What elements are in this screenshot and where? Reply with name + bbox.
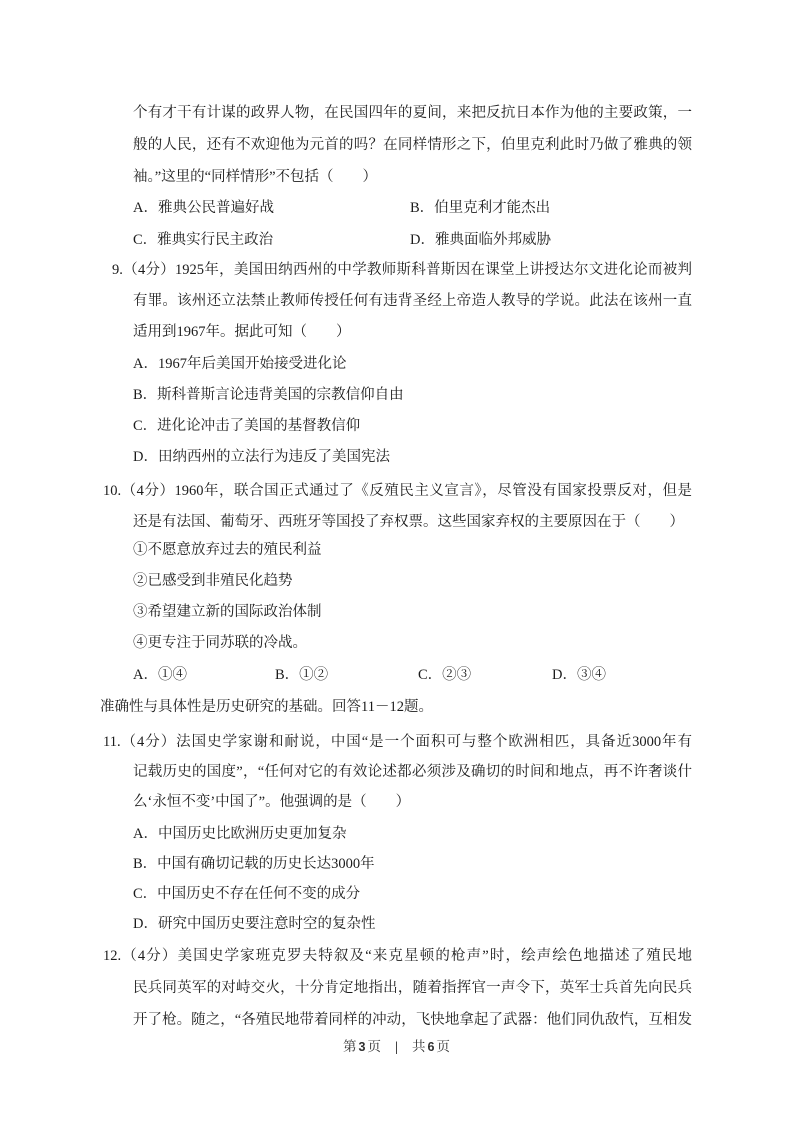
q9-option-c: C．进化论冲击了美国的基督教信仰: [100, 411, 692, 442]
q12-line-1: 12.（4分）美国史学家班克罗夫特叙及“来克星顿的枪声”时，绘声绘色地描述了殖民…: [100, 940, 692, 972]
option-label: A．: [133, 826, 158, 842]
question-text: （4分）美国史学家班克罗夫特叙及“来克星顿的枪声”时，绘声绘色地描述了殖民地: [121, 948, 692, 964]
option-label: B．: [275, 667, 299, 683]
option-label: D．: [133, 449, 158, 465]
option-label: B．: [133, 387, 157, 403]
option-text: 1967年后美国开始接受进化论: [158, 356, 347, 372]
option-label: D．: [552, 667, 577, 683]
option-text: 伯里克利才能杰出: [434, 200, 550, 216]
question-10-items: ①不愿意放弃过去的殖民利益 ②已感受到非殖民化趋势 ③希望建立新的国际政治体制 …: [100, 535, 692, 659]
q9-line-2: 有罪。该州还立法禁止教师传授任何有违背圣经上帝造人教导的学说。此法在该州一直: [100, 286, 692, 317]
exam-page: 个有才干有计谋的政界人物，在民国四年的夏间，来把反抗日本作为他的主要政策，一 般…: [0, 0, 793, 1122]
q9-option-d: D．田纳西州的立法行为违反了美国宪法: [100, 442, 692, 473]
option-text: 雅典面临外邦威胁: [435, 232, 551, 248]
question-number: 9.: [112, 262, 123, 278]
q8-option-a: A．雅典公民普遍好战: [133, 192, 410, 224]
question-number: 12.: [103, 948, 121, 964]
q11-line-1: 11.（4分）法国史学家谢和耐说，中国“是一个面积可与整个欧洲相匹，具备近300…: [100, 727, 692, 757]
q10-line-1: 10.（4分）1960年，联合国正式通过了《反殖民主义宣言》，尽管没有国家投票反…: [100, 476, 692, 507]
option-text: 中国有确切记载的历史长达3000年: [157, 856, 375, 872]
q8-line-1: 个有才干有计谋的政界人物，在民国四年的夏间，来把反抗日本作为他的主要政策，一: [100, 97, 692, 129]
q12-line-2: 民兵同英军的对峙交火，十分肯定地指出，随着指挥官一声令下，英军士兵首先向民兵: [100, 972, 692, 1004]
q9-line-1: 9.（4分）1925年，美国田纳西州的中学教师斯科普斯因在课堂上讲授达尔文进化论…: [100, 255, 692, 286]
option-text: 中国历史比欧洲历史更加复杂: [158, 826, 347, 842]
option-label: A．: [133, 356, 158, 372]
question-text: （4分）1925年，美国田纳西州的中学教师斯科普斯因在课堂上讲授达尔文进化论而被…: [123, 262, 692, 278]
q11-option-a: A．中国历史比欧洲历史更加复杂: [100, 819, 692, 849]
option-label: C．: [133, 418, 157, 434]
option-text: 雅典实行民主政治: [157, 232, 273, 248]
question-9-options: A．1967年后美国开始接受进化论 B．斯科普斯言论违背美国的宗教信仰自由 C．…: [100, 349, 692, 473]
option-text: 进化论冲击了美国的基督教信仰: [157, 418, 360, 434]
q11-line-3: 么‘永恒不变’中国了”。他强调的是（ ）: [100, 787, 692, 817]
question-12-stem: 12.（4分）美国史学家班克罗夫特叙及“来克星顿的枪声”时，绘声绘色地描述了殖民…: [100, 940, 692, 1036]
option-text: 田纳西州的立法行为违反了美国宪法: [158, 449, 390, 465]
page-number-label: 页: [368, 1039, 382, 1054]
q8-option-b: B．伯里克利才能杰出: [410, 192, 550, 224]
q8-line-2: 般的人民，还有不欢迎他为元首的吗？在同样情形之下，伯里克利此时乃做了雅典的领: [100, 129, 692, 161]
total-pages-prefix: 共: [412, 1039, 426, 1054]
option-text: ③④: [577, 667, 606, 683]
footer-separator: |: [395, 1032, 398, 1062]
question-8-stem: 个有才干有计谋的政界人物，在民国四年的夏间，来把反抗日本作为他的主要政策，一 般…: [100, 97, 692, 193]
question-9-stem: 9.（4分）1925年，美国田纳西州的中学教师斯科普斯因在课堂上讲授达尔文进化论…: [100, 255, 692, 348]
q10-option-d: D．③④: [552, 660, 606, 690]
option-label: C．: [133, 886, 157, 902]
option-text: ①②: [299, 667, 328, 683]
question-11-options: A．中国历史比欧洲历史更加复杂 B．中国有确切记载的历史长达3000年 C．中国…: [100, 819, 692, 939]
page-number: 3: [359, 1040, 366, 1054]
question-text: （4分）1960年，联合国正式通过了《反殖民主义宣言》，尽管没有国家投票反对，但…: [121, 483, 692, 499]
q10-item-3: ③希望建立新的国际政治体制: [100, 597, 692, 628]
q10-item-1: ①不愿意放弃过去的殖民利益: [100, 535, 692, 566]
q8-options-row-1: A．雅典公民普遍好战B．伯里克利才能杰出: [100, 192, 692, 224]
option-label: B．: [410, 200, 434, 216]
option-text: ①④: [158, 667, 187, 683]
question-8-options: A．雅典公民普遍好战B．伯里克利才能杰出 C．雅典实行民主政治D．雅典面临外邦威…: [100, 192, 692, 256]
option-label: A．: [133, 200, 158, 216]
option-label: C．: [133, 232, 157, 248]
q10-option-b: B．①②: [275, 660, 418, 690]
q8-line-3: 袖。”这里的“同样情形”不包括（ ）: [100, 161, 692, 193]
option-text: ②③: [442, 667, 471, 683]
section-instruction: 准确性与具体性是历史研究的基础。回答11－12题。: [100, 692, 692, 722]
option-text: 雅典公民普遍好战: [158, 200, 274, 216]
total-pages-label: 页: [436, 1039, 450, 1054]
question-10-options: A．①④B．①②C．②③D．③④: [100, 660, 692, 690]
option-text: 中国历史不存在任何不变的成分: [157, 886, 360, 902]
q8-options-row-2: C．雅典实行民主政治D．雅典面临外邦威胁: [100, 224, 692, 256]
page-footer: 第3页|共6页: [0, 1032, 793, 1062]
q9-option-a: A．1967年后美国开始接受进化论: [100, 349, 692, 380]
q8-option-d: D．雅典面临外邦威胁: [410, 224, 551, 256]
total-pages: 6: [427, 1040, 434, 1054]
option-text: 斯科普斯言论违背美国的宗教信仰自由: [157, 387, 404, 403]
question-11-stem: 11.（4分）法国史学家谢和耐说，中国“是一个面积可与整个欧洲相匹，具备近300…: [100, 727, 692, 817]
q10-option-c: C．②③: [418, 660, 552, 690]
question-text: （4分）法国史学家谢和耐说，中国“是一个面积可与整个欧洲相匹，具备近3000年有: [121, 734, 692, 750]
q11-option-b: B．中国有确切记载的历史长达3000年: [100, 849, 692, 879]
question-10-stem: 10.（4分）1960年，联合国正式通过了《反殖民主义宣言》，尽管没有国家投票反…: [100, 476, 692, 538]
option-label: D．: [133, 916, 158, 932]
q10-item-4: ④更专注于同苏联的冷战。: [100, 628, 692, 659]
option-text: 研究中国历史要注意时空的复杂性: [158, 916, 376, 932]
q11-option-c: C．中国历史不存在任何不变的成分: [100, 879, 692, 909]
question-number: 11.: [103, 734, 121, 750]
option-label: B．: [133, 856, 157, 872]
q10-item-2: ②已感受到非殖民化趋势: [100, 566, 692, 597]
section-instruction-block: 准确性与具体性是历史研究的基础。回答11－12题。: [100, 692, 692, 722]
q8-option-c: C．雅典实行民主政治: [133, 224, 410, 256]
option-label: D．: [410, 232, 435, 248]
q10-line-2: 还是有法国、葡萄牙、西班牙等国投了弃权票。这些国家弃权的主要原因在于（ ）: [100, 507, 692, 538]
q11-option-d: D．研究中国历史要注意时空的复杂性: [100, 909, 692, 939]
option-label: A．: [133, 667, 158, 683]
page-number-prefix: 第: [343, 1039, 357, 1054]
q11-line-2: 记载历史的国度”，“任何对它的有效论述都必须涉及确切的时间和地点，再不许奢谈什: [100, 757, 692, 787]
q9-line-3: 适用到1967年。据此可知（ ）: [100, 317, 692, 348]
option-label: C．: [418, 667, 442, 683]
q9-option-b: B．斯科普斯言论违背美国的宗教信仰自由: [100, 380, 692, 411]
question-number: 10.: [103, 483, 121, 499]
q10-options-row: A．①④B．①②C．②③D．③④: [100, 660, 692, 690]
q10-option-a: A．①④: [133, 660, 275, 690]
